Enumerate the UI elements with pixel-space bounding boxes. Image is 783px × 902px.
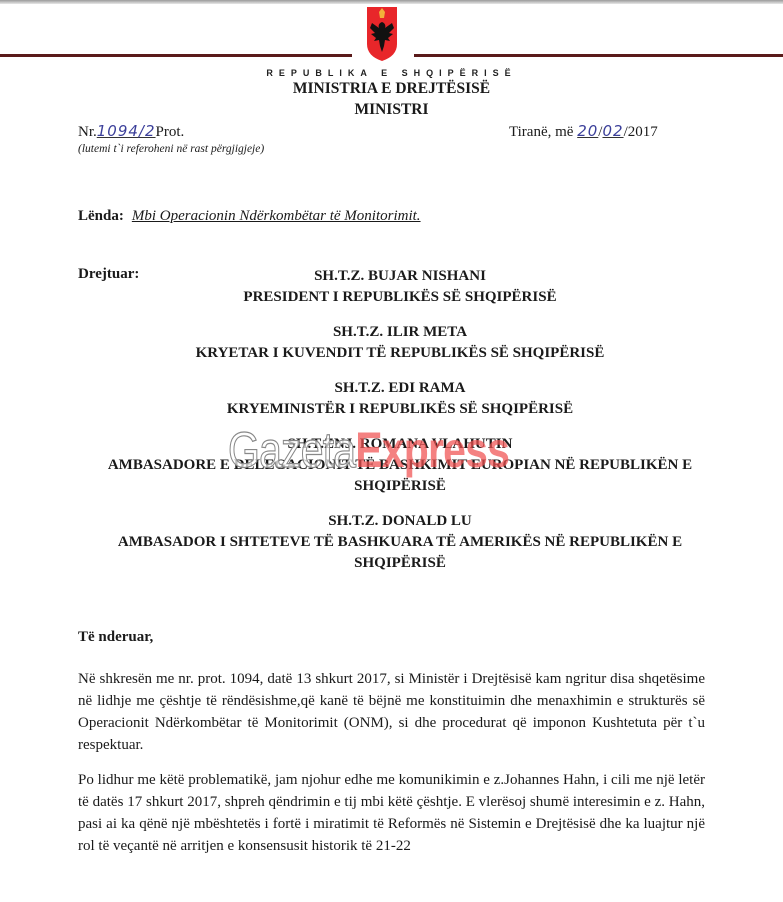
- recipient-title: KRYEMINISTËR I REPUBLIKËS SË SHQIPËRISË: [60, 399, 740, 420]
- date-day: 20: [577, 122, 598, 140]
- date-year: /2017: [624, 124, 658, 140]
- body-paragraph: Në shkresën me nr. prot. 1094, datë 13 s…: [78, 668, 705, 756]
- date-prefix: Tiranë, më: [509, 124, 573, 140]
- date-month: 02: [602, 122, 623, 140]
- greeting: Të nderuar,: [78, 629, 153, 646]
- albanian-coat-of-arms-icon: [366, 6, 398, 62]
- recipient: SH.T.Z. BUJAR NISHANI PRESIDENT I REPUBL…: [60, 266, 740, 308]
- header-rule-left: [0, 54, 352, 57]
- recipient-title: KRYETAR I KUVENDIT TË REPUBLIKËS SË SHQI…: [60, 343, 740, 364]
- nr-handwritten-value: 1094/2: [97, 122, 156, 140]
- header-rule-right: [414, 54, 783, 57]
- date-line: Tiranë, më 20/02/2017: [509, 122, 658, 141]
- reference-note: (lutemi t`i referoheni në rast përgjigje…: [78, 143, 264, 155]
- office-heading: MINISTRI: [0, 101, 783, 119]
- nr-label: Nr.: [78, 124, 97, 140]
- recipient: SH.T.Z. EDI RAMA KRYEMINISTËR I REPUBLIK…: [60, 378, 740, 420]
- recipient-title: AMBASADOR I SHTETEVE TË BASHKUARA TË AME…: [60, 532, 740, 574]
- watermark-logo: GazetaExpress: [228, 424, 507, 476]
- ministry-heading: MINISTRIA E DREJTËSISË: [0, 80, 783, 98]
- recipient-name: SH.T.Z. BUJAR NISHANI: [60, 266, 740, 287]
- watermark-part2: Express: [355, 422, 509, 478]
- recipient-name: SH.T.Z. DONALD LU: [60, 511, 740, 532]
- prot-label: Prot.: [156, 124, 185, 140]
- recipient: SH.T.Z. ILIR META KRYETAR I KUVENDIT TË …: [60, 322, 740, 364]
- protocol-number: Nr.1094/2Prot.: [78, 122, 184, 141]
- subject-label: Lënda:: [78, 208, 124, 224]
- republic-heading: REPUBLIKA E SHQIPËRISË: [0, 68, 783, 78]
- recipient: SH.T.Z. DONALD LU AMBASADOR I SHTETEVE T…: [60, 511, 740, 574]
- scan-top-edge: [0, 0, 783, 4]
- subject-text: Mbi Operacionin Ndërkombëtar të Monitori…: [132, 208, 421, 224]
- recipient-name: SH.T.Z. EDI RAMA: [60, 378, 740, 399]
- body-paragraph: Po lidhur me këtë problematikë, jam njoh…: [78, 769, 705, 857]
- watermark-part1: Gazeta: [228, 422, 355, 478]
- subject-line: Lënda:Mbi Operacionin Ndërkombëtar të Mo…: [78, 208, 421, 225]
- recipient-name: SH.T.Z. ILIR META: [60, 322, 740, 343]
- recipient-title: PRESIDENT I REPUBLIKËS SË SHQIPËRISË: [60, 287, 740, 308]
